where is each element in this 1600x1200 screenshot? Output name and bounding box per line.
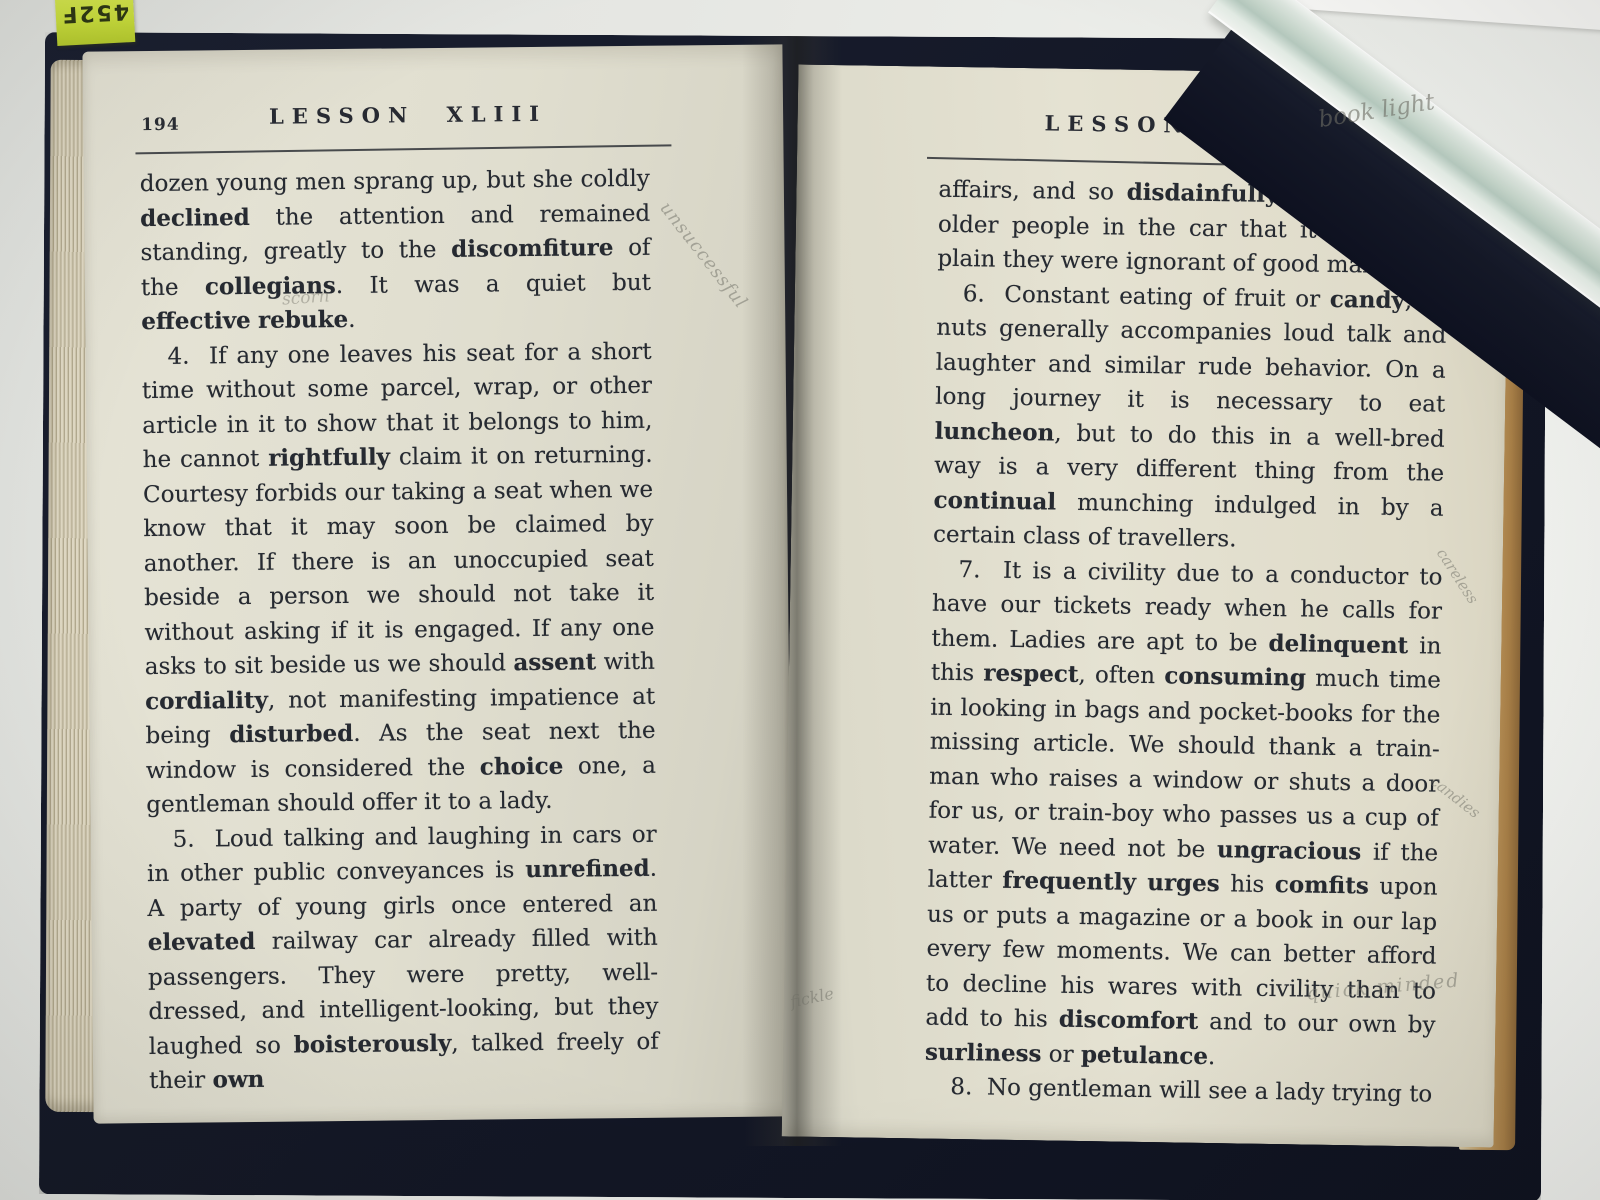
paragraph: 4. If any one leaves his seat for a shor… [141, 334, 656, 822]
paragraph: 7. It is a civility due to a conductor t… [925, 552, 1443, 1077]
left-page-text: dozen young men sprang up, but she coldl… [140, 162, 660, 1099]
sticky-note-text: 452F [55, 0, 134, 27]
sticky-note: 452F [55, 0, 136, 46]
right-page-text: affairs, and so disdainfully regarded th… [924, 173, 1449, 1112]
book-photo: { "scene": { "background_color": "#e6e7e… [0, 0, 1600, 1200]
paragraph: dozen young men sprang up, but she coldl… [140, 162, 652, 340]
left-page-header: LESSON XLIII [143, 100, 673, 131]
left-header-rule [135, 144, 671, 154]
paragraph: 8. No gentleman will see a lady trying t… [924, 1070, 1434, 1113]
paragraph: 6. Constant eating of fruit or candy, or… [933, 276, 1447, 560]
paragraph: 5. Loud talking and laughing in cars or … [146, 817, 659, 1098]
left-page: 194 LESSON XLIII dozen young men sprang … [82, 44, 793, 1123]
